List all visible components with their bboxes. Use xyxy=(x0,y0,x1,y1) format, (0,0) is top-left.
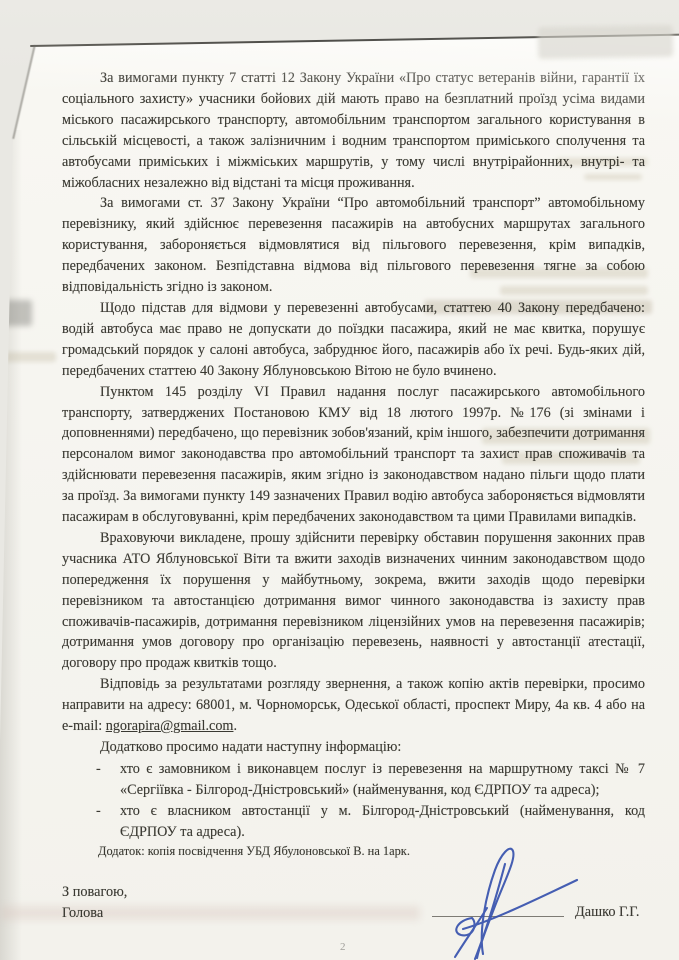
dash-bullet: - xyxy=(96,801,120,822)
letter-paragraph: За вимогами ст. 37 Закону України “Про а… xyxy=(62,193,645,298)
paper-sheet: За вимогами пункту 7 статті 12 Закону Ук… xyxy=(0,0,679,960)
closing-block: З повагою, Голова xyxy=(62,882,127,924)
email-address: ngorapira@gmail.com xyxy=(106,718,234,734)
watermark xyxy=(538,25,674,59)
additional-request-intro: Додатково просимо надати наступну інформ… xyxy=(62,737,645,758)
attachment-note: Додаток: копія посвідчення УБД Ябулоновс… xyxy=(98,844,410,859)
letter-paragraph: За вимогами пункту 7 статті 12 Закону Ук… xyxy=(62,68,645,193)
bleedthrough-ghost xyxy=(2,352,56,362)
response-text-end: . xyxy=(233,718,237,734)
page-number: 2 xyxy=(340,941,346,953)
scanned-letter-page: За вимогами пункту 7 статті 12 Закону Ук… xyxy=(0,0,679,960)
request-list: - хто є замовником і виконавцем послуг і… xyxy=(96,759,645,843)
letter-paragraph: Враховуючи викладене, прошу здійснити пе… xyxy=(62,528,645,674)
list-item-text: хто є замовником і виконавцем послуг із … xyxy=(120,759,645,801)
letter-paragraph: Пунктом 145 розділу VI Правил надання по… xyxy=(62,382,645,528)
dash-bullet: - xyxy=(96,759,120,780)
scan-left-shadow xyxy=(0,130,22,960)
letter-paragraph: Щодо підстав для відмови у перевезенні а… xyxy=(62,298,645,382)
handwritten-signature xyxy=(425,836,605,960)
scan-smudge xyxy=(0,300,32,326)
closing-salutation: З повагою, xyxy=(62,882,127,903)
response-paragraph: Відповідь за результатами розгляду зверн… xyxy=(62,674,645,737)
letter-body: За вимогами пункту 7 статті 12 Закону Ук… xyxy=(62,68,645,843)
signer-name: Дашко Г.Г. xyxy=(575,904,640,921)
list-item: - хто є замовником і виконавцем послуг і… xyxy=(96,759,645,801)
signature-area: Дашко Г.Г. xyxy=(425,836,665,960)
signer-title: Голова xyxy=(62,903,127,924)
